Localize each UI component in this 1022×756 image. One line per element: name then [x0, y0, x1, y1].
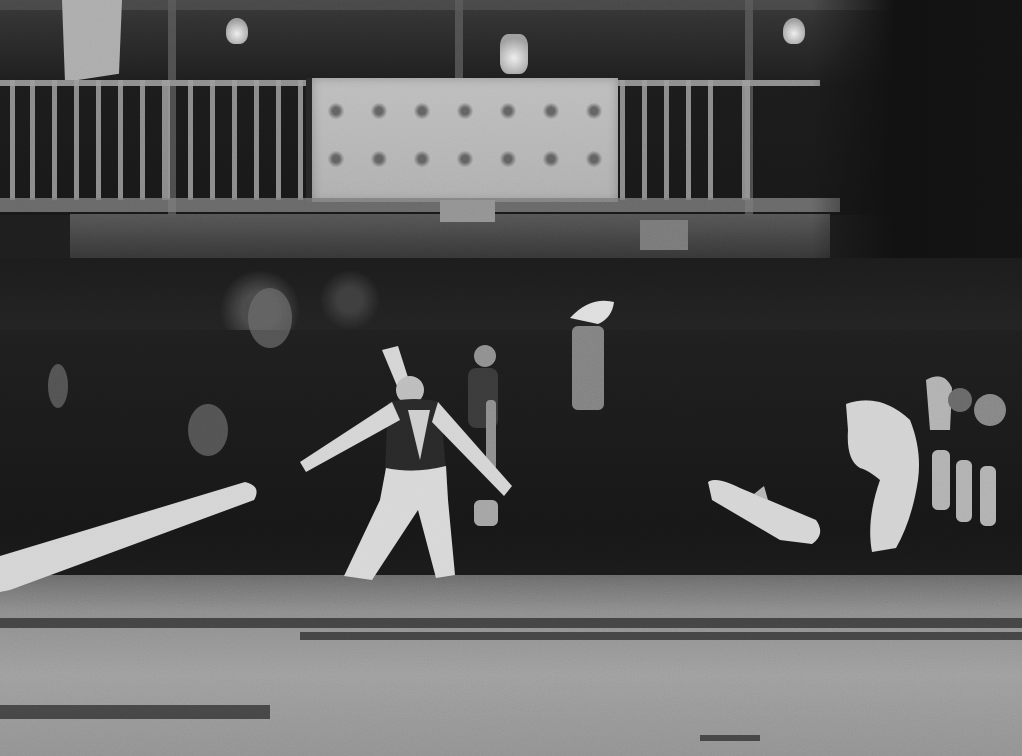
historical-photograph	[0, 0, 1022, 756]
film-grain	[0, 0, 1022, 756]
